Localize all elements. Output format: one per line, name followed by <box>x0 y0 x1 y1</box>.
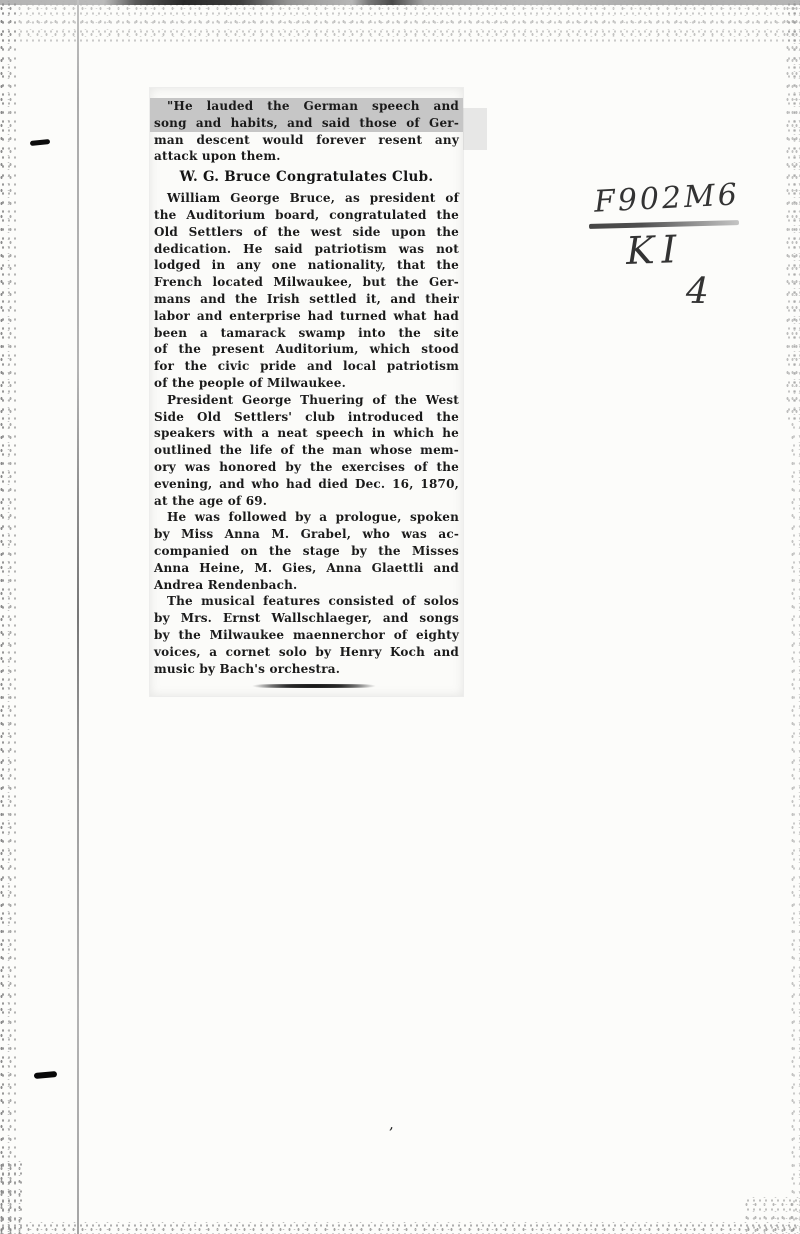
stray-ink-mark: ’ <box>387 1124 394 1142</box>
page-fold-line <box>77 0 79 1234</box>
clipping-line: man descent would forever resent any <box>154 132 459 149</box>
clipping-line: dedication. He said patriotism was not <box>154 241 459 258</box>
clipping-line: Andrea Rendenbach. <box>154 577 459 594</box>
clipping-line: for the civic pride and local patriotism <box>154 358 459 375</box>
clipping-line: "He lauded the German speech and <box>154 98 459 115</box>
newspaper-clipping: "He lauded the German speech andsong and… <box>150 88 463 696</box>
scan-smudge <box>463 108 487 150</box>
clipping-line: The musical features consisted of solos <box>154 593 459 610</box>
scanned-page: "He lauded the German speech andsong and… <box>0 0 800 1234</box>
scanner-noise-corner-bottom-right <box>745 1196 800 1234</box>
clipping-line: Old Settlers of the west side upon the <box>154 224 459 241</box>
clipping-line: voices, a cornet solo by Henry Koch and <box>154 644 459 661</box>
clipping-heading: W. G. Bruce Congratulates Club. <box>154 169 459 186</box>
clipping-line: of the present Auditorium, which stood <box>154 341 459 358</box>
clipping-line: labor and enterprise had turned what had <box>154 308 459 325</box>
scanner-noise-top <box>0 0 800 42</box>
handwritten-page-number: 4 <box>686 271 710 312</box>
clipping-line: ory was honored by the exercises of the <box>154 459 459 476</box>
clipping-line: speakers with a neat speech in which he <box>154 425 459 442</box>
clipping-line: Side Old Settlers' club introduced the <box>154 409 459 426</box>
clipping-line: by Mrs. Ernst Wallschlaeger, and songs <box>154 610 459 627</box>
clipping-line: evening, and who had died Dec. 16, 1870, <box>154 476 459 493</box>
clipping-line: by Miss Anna M. Grabel, who was ac- <box>154 526 459 543</box>
scanner-noise-left-dense <box>0 0 7 1234</box>
clipping-line: song and habits, and said those of Ger- <box>154 115 459 132</box>
clipping-line: Anna Heine, M. Gies, Anna Glaettli and <box>154 560 459 577</box>
clipping-line: been a tamarack swamp into the site <box>154 325 459 342</box>
clipping-line: William George Bruce, as president of <box>154 190 459 207</box>
clipping-text: "He lauded the German speech andsong and… <box>154 98 459 677</box>
clipping-line: He was followed by a prologue, spoken <box>154 509 459 526</box>
clipping-line: companied on the stage by the Misses <box>154 543 459 560</box>
clipping-line: at the age of 69. <box>154 493 459 510</box>
scanner-edge-top <box>0 0 800 5</box>
scanner-noise-corner-bottom-left <box>0 1160 26 1234</box>
handwritten-collection-code: KI <box>625 227 684 273</box>
pen-dash-mark-bottom <box>34 1071 57 1079</box>
clipping-line: of the people of Milwaukee. <box>154 375 459 392</box>
clipping-line: by the Milwaukee maennerchor of eighty <box>154 627 459 644</box>
handwritten-call-number: F902M6 <box>593 177 741 220</box>
clipping-line: French located Milwaukee, but the Ger- <box>154 274 459 291</box>
clipping-line: lodged in any one nationality, that the <box>154 257 459 274</box>
clipping-line: mans and the Irish settled it, and their <box>154 291 459 308</box>
scanner-noise-right-top <box>786 0 800 420</box>
scanner-noise-bottom <box>0 1221 800 1234</box>
clipping-line: the Auditorium board, congratulated the <box>154 207 459 224</box>
clipping-line: President George Thuering of the West <box>154 392 459 409</box>
clipping-end-rule <box>252 684 376 688</box>
clipping-line: outlined the life of the man whose mem- <box>154 442 459 459</box>
clipping-line: music by Bach's orchestra. <box>154 661 459 678</box>
pen-dash-mark-top <box>30 139 50 146</box>
clipping-line: attack upon them. <box>154 148 459 165</box>
